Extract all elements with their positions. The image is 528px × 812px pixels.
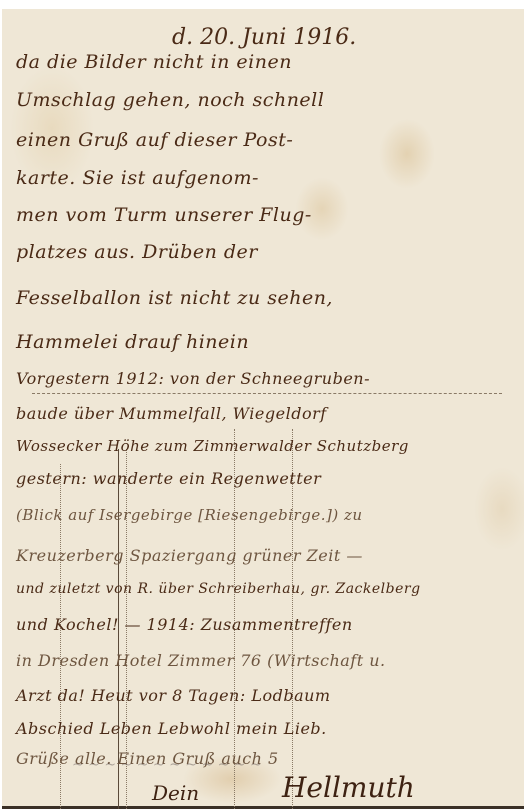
letter-date: d. 20. Juni 1916.: [172, 25, 356, 50]
text-line: men vom Turm unserer Flug-: [16, 204, 516, 226]
faint-pencil-note: ~ ~ ~ ~ ~ ~ ~ ~ ~ ~ ~ ~: [72, 757, 262, 773]
address-divider-line: [32, 393, 502, 394]
text-line: Fesselballon ist nicht zu sehen,: [16, 287, 516, 309]
text-line: Kreuzerberg Spaziergang grüner Zeit —: [16, 546, 516, 565]
text-line: baude über Mummelfall, Wiegeldorf: [16, 404, 516, 423]
text-line: karte. Sie ist aufgenom-: [16, 167, 516, 189]
text-line: und Kochel! — 1914: Zusammentreffen: [16, 615, 516, 634]
text-line: Abschied Leben Lebwohl mein Lieb.: [16, 719, 516, 738]
text-line: gestern: wanderte ein Regenwetter: [16, 469, 516, 488]
text-line: Wossecker Höhe zum Zimmerwalder Schutzbe…: [16, 437, 516, 455]
text-line: Arzt da! Heut vor 8 Tagen: Lodbaum: [16, 686, 516, 705]
text-line: Hammelei drauf hinein: [16, 331, 516, 353]
text-line: platzes aus. Drüben der: [16, 241, 516, 263]
text-line: Vorgestern 1912: von der Schneegruben-: [16, 369, 516, 388]
text-line: (Blick auf Isergebirge [Riesengebirge.])…: [16, 506, 516, 524]
text-line: und zuletzt von R. über Schreiberhau, gr…: [16, 581, 516, 597]
text-line: Umschlag gehen, noch schnell: [16, 89, 516, 111]
signature: Hellmuth: [282, 771, 415, 804]
closing: Dein: [152, 781, 199, 805]
text-line: da die Bilder nicht in einen: [16, 51, 516, 73]
postcard-back: d. 20. Juni 1916. da die Bilder nicht in…: [2, 9, 524, 809]
text-line: in Dresden Hotel Zimmer 76 (Wirtschaft u…: [16, 651, 516, 670]
text-line: einen Gruß auf dieser Post-: [16, 129, 516, 151]
